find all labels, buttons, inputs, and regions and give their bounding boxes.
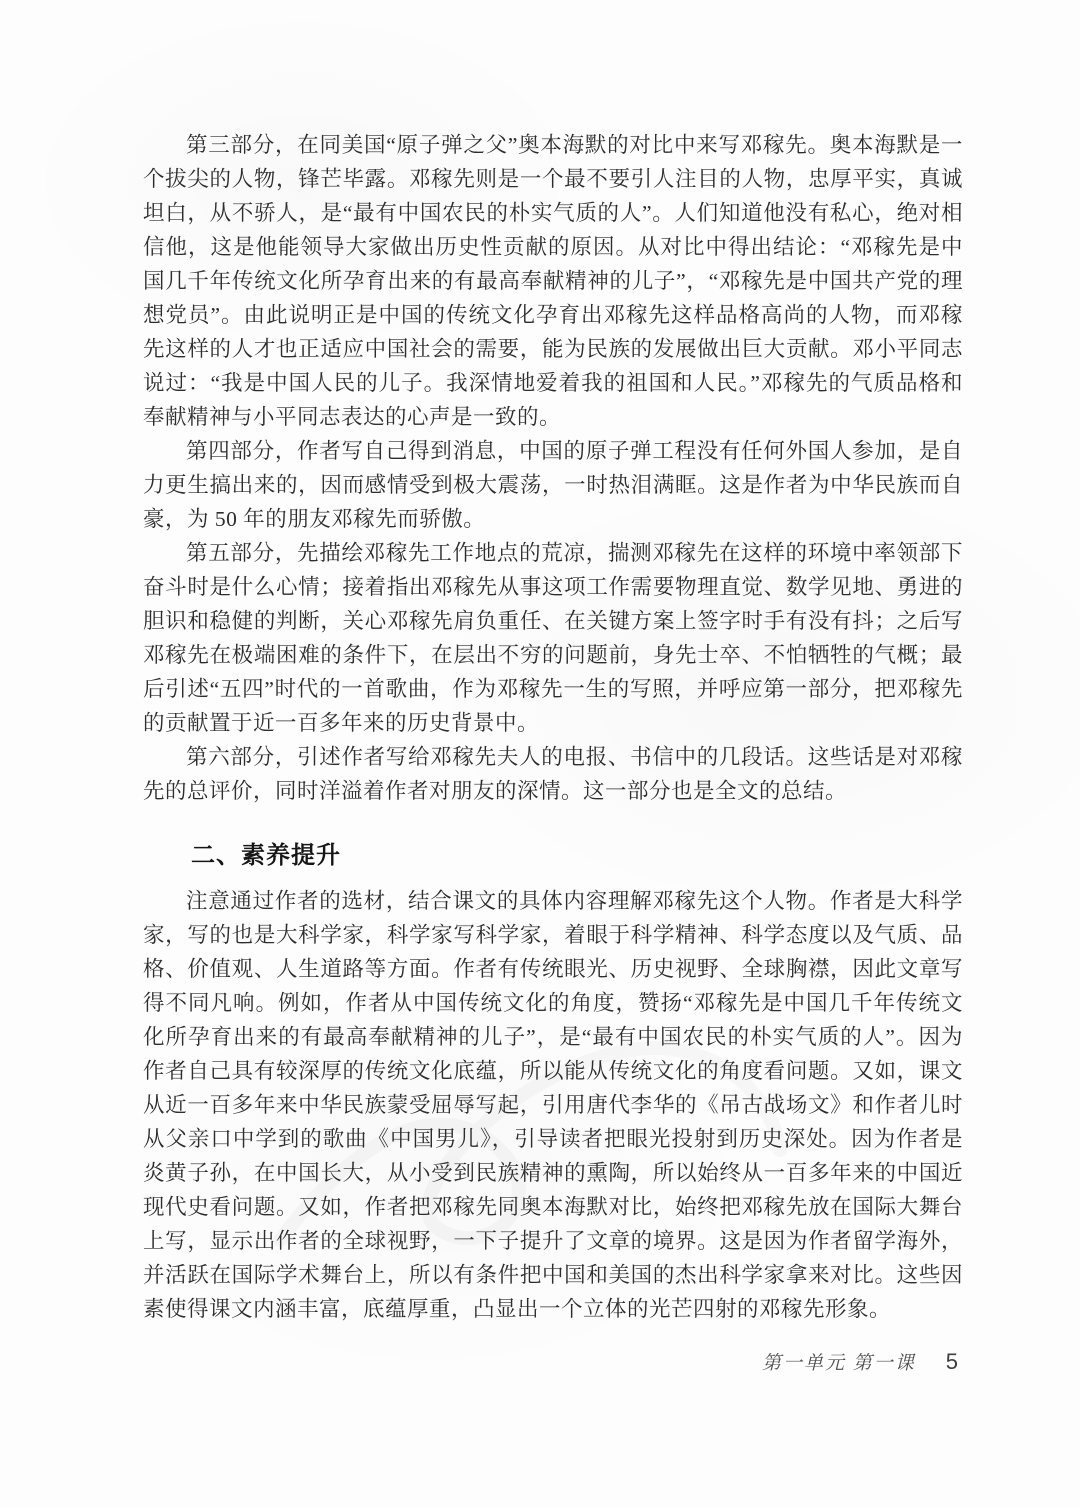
paragraph-part5: 第五部分，先描绘邓稼先工作地点的荒凉，揣测邓稼先在这样的环境中率领部下奋斗时是什… xyxy=(143,536,963,740)
main-text-block: 第三部分，在同美国“原子弹之父”奥本海默的对比中来写邓稼先。奥本海默是一个拔尖的… xyxy=(143,128,963,1326)
paragraph-suyang-analysis: 注意通过作者的选材，结合课文的具体内容理解邓稼先这个人物。作者是大科学家，写的也… xyxy=(143,884,963,1326)
page-footer: 第一单元 第一课 5 xyxy=(762,1348,958,1375)
paragraph-part6: 第六部分，引述作者写给邓稼先夫人的电报、书信中的几段话。这些话是对邓稼先的总评价… xyxy=(143,740,963,808)
paragraph-part3: 第三部分，在同美国“原子弹之父”奥本海默的对比中来写邓稼先。奥本海默是一个拔尖的… xyxy=(143,128,963,434)
paragraph-part4: 第四部分，作者写自己得到消息，中国的原子弹工程没有任何外国人参加，是自力更生搞出… xyxy=(143,434,963,536)
footer-unit-lesson-label: 第一单元 第一课 xyxy=(762,1348,916,1375)
textbook-page: 第三部分，在同美国“原子弹之父”奥本海默的对比中来写邓稼先。奥本海默是一个拔尖的… xyxy=(0,0,1080,1508)
section-heading-suyang-tisheng: 二、素养提升 xyxy=(143,840,963,872)
footer-page-number: 5 xyxy=(946,1349,958,1375)
